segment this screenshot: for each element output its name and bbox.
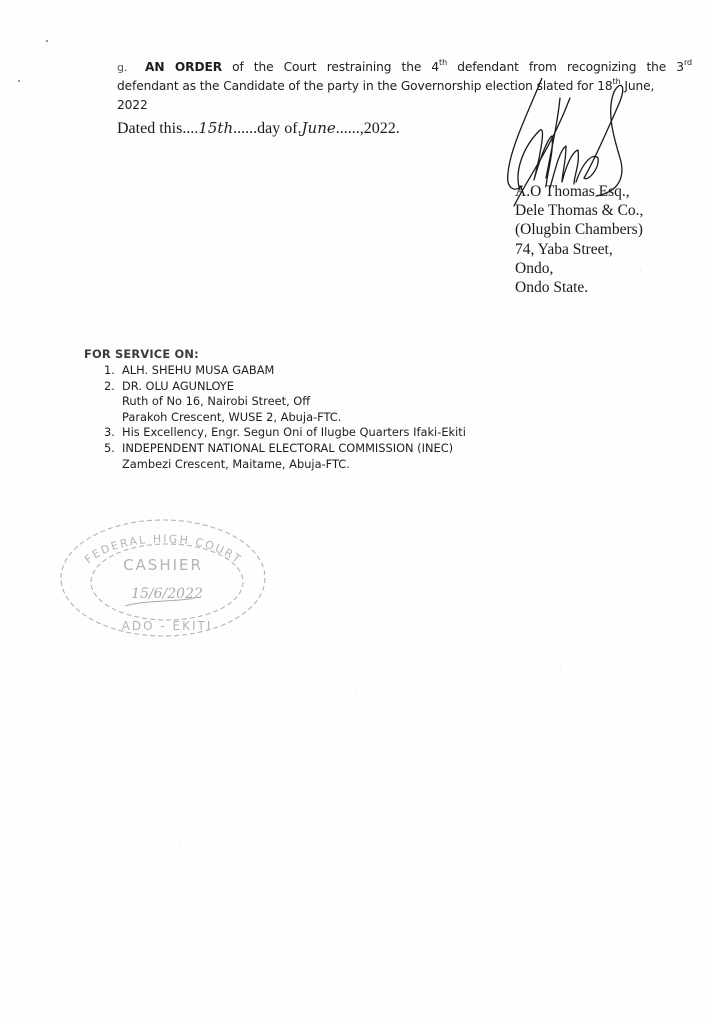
service-item-number: 5. <box>104 441 115 457</box>
service-list: 1. ALH. SHEHU MUSA GABAM 2. DR. OLU AGUN… <box>84 363 466 472</box>
stamp-date-text: 15/6/2022 <box>131 586 203 602</box>
stamp-middle-text: CASHIER <box>123 556 203 574</box>
counsel-city: Ondo, <box>515 259 643 278</box>
service-item: 1. ALH. SHEHU MUSA GABAM <box>84 363 466 379</box>
stamp-bottom-text: ADO - EKITI <box>122 619 213 633</box>
order-text: defendant from recognizing the 3 <box>447 60 684 74</box>
service-item: 5. INDEPENDENT NATIONAL ELECTORAL COMMIS… <box>84 441 466 472</box>
service-item-number: 2. <box>104 379 115 395</box>
superscript: rd <box>684 58 692 67</box>
dated-line: Dated this....15th......day of.June.....… <box>117 119 400 138</box>
service-item-line: DR. OLU AGUNLOYE <box>122 379 466 395</box>
service-item-line: Parakoh Crescent, WUSE 2, Abuja-FTC. <box>122 410 466 426</box>
handwritten-month: June <box>302 119 336 137</box>
counsel-name: A.O Thomas Esq., <box>515 182 643 201</box>
dots: ...... <box>336 120 360 137</box>
paper-speck <box>690 265 691 266</box>
superscript: th <box>439 58 447 67</box>
service-item-line: His Excellency, Engr. Segun Oni of Ilugb… <box>122 425 466 441</box>
service-heading: FOR SERVICE ON: <box>84 347 466 361</box>
dated-year: ,2022. <box>360 120 400 137</box>
paper-speck <box>560 666 561 667</box>
court-stamp-icon: FEDERAL HIGH COURT CASHIER 15/6/2022 ADO… <box>55 510 270 640</box>
order-lead: AN ORDER <box>145 60 222 74</box>
counsel-address-block: A.O Thomas Esq., Dele Thomas & Co., (Olu… <box>515 182 643 297</box>
day-of-label: day of <box>257 120 297 137</box>
service-item: 3. His Excellency, Engr. Segun Oni of Il… <box>84 425 466 441</box>
handwritten-day: 15th <box>198 119 233 137</box>
service-list-block: FOR SERVICE ON: 1. ALH. SHEHU MUSA GABAM… <box>84 347 466 472</box>
counsel-chambers: (Olugbin Chambers) <box>515 220 643 239</box>
counsel-street: 74, Yaba Street, <box>515 240 643 259</box>
paper-speck <box>690 760 691 761</box>
service-item: 2. DR. OLU AGUNLOYE Ruth of No 16, Nairo… <box>84 379 466 426</box>
dots: .... <box>182 120 198 137</box>
service-item-number: 1. <box>104 363 115 379</box>
dated-prefix: Dated this <box>117 120 182 137</box>
service-item-line: ALH. SHEHU MUSA GABAM <box>122 363 466 379</box>
order-line-1: g.AN ORDER of the Court restraining the … <box>117 58 692 77</box>
paper-speck <box>356 688 357 689</box>
paper-speck <box>46 40 48 42</box>
paper-speck <box>18 80 20 82</box>
service-item-line: Zambezi Crescent, Maitame, Abuja-FTC. <box>122 457 466 473</box>
service-item-line: Ruth of No 16, Nairobi Street, Off <box>122 394 466 410</box>
dots: ...... <box>233 120 257 137</box>
order-text: of the Court restraining the 4 <box>222 60 439 74</box>
order-marker: g. <box>117 58 145 77</box>
counsel-state: Ondo State. <box>515 278 643 297</box>
service-item-number: 3. <box>104 425 115 441</box>
paper-speck <box>180 840 181 841</box>
counsel-firm: Dele Thomas & Co., <box>515 201 643 220</box>
paper-speck <box>610 880 611 881</box>
service-item-line: INDEPENDENT NATIONAL ELECTORAL COMMISSIO… <box>122 441 466 457</box>
